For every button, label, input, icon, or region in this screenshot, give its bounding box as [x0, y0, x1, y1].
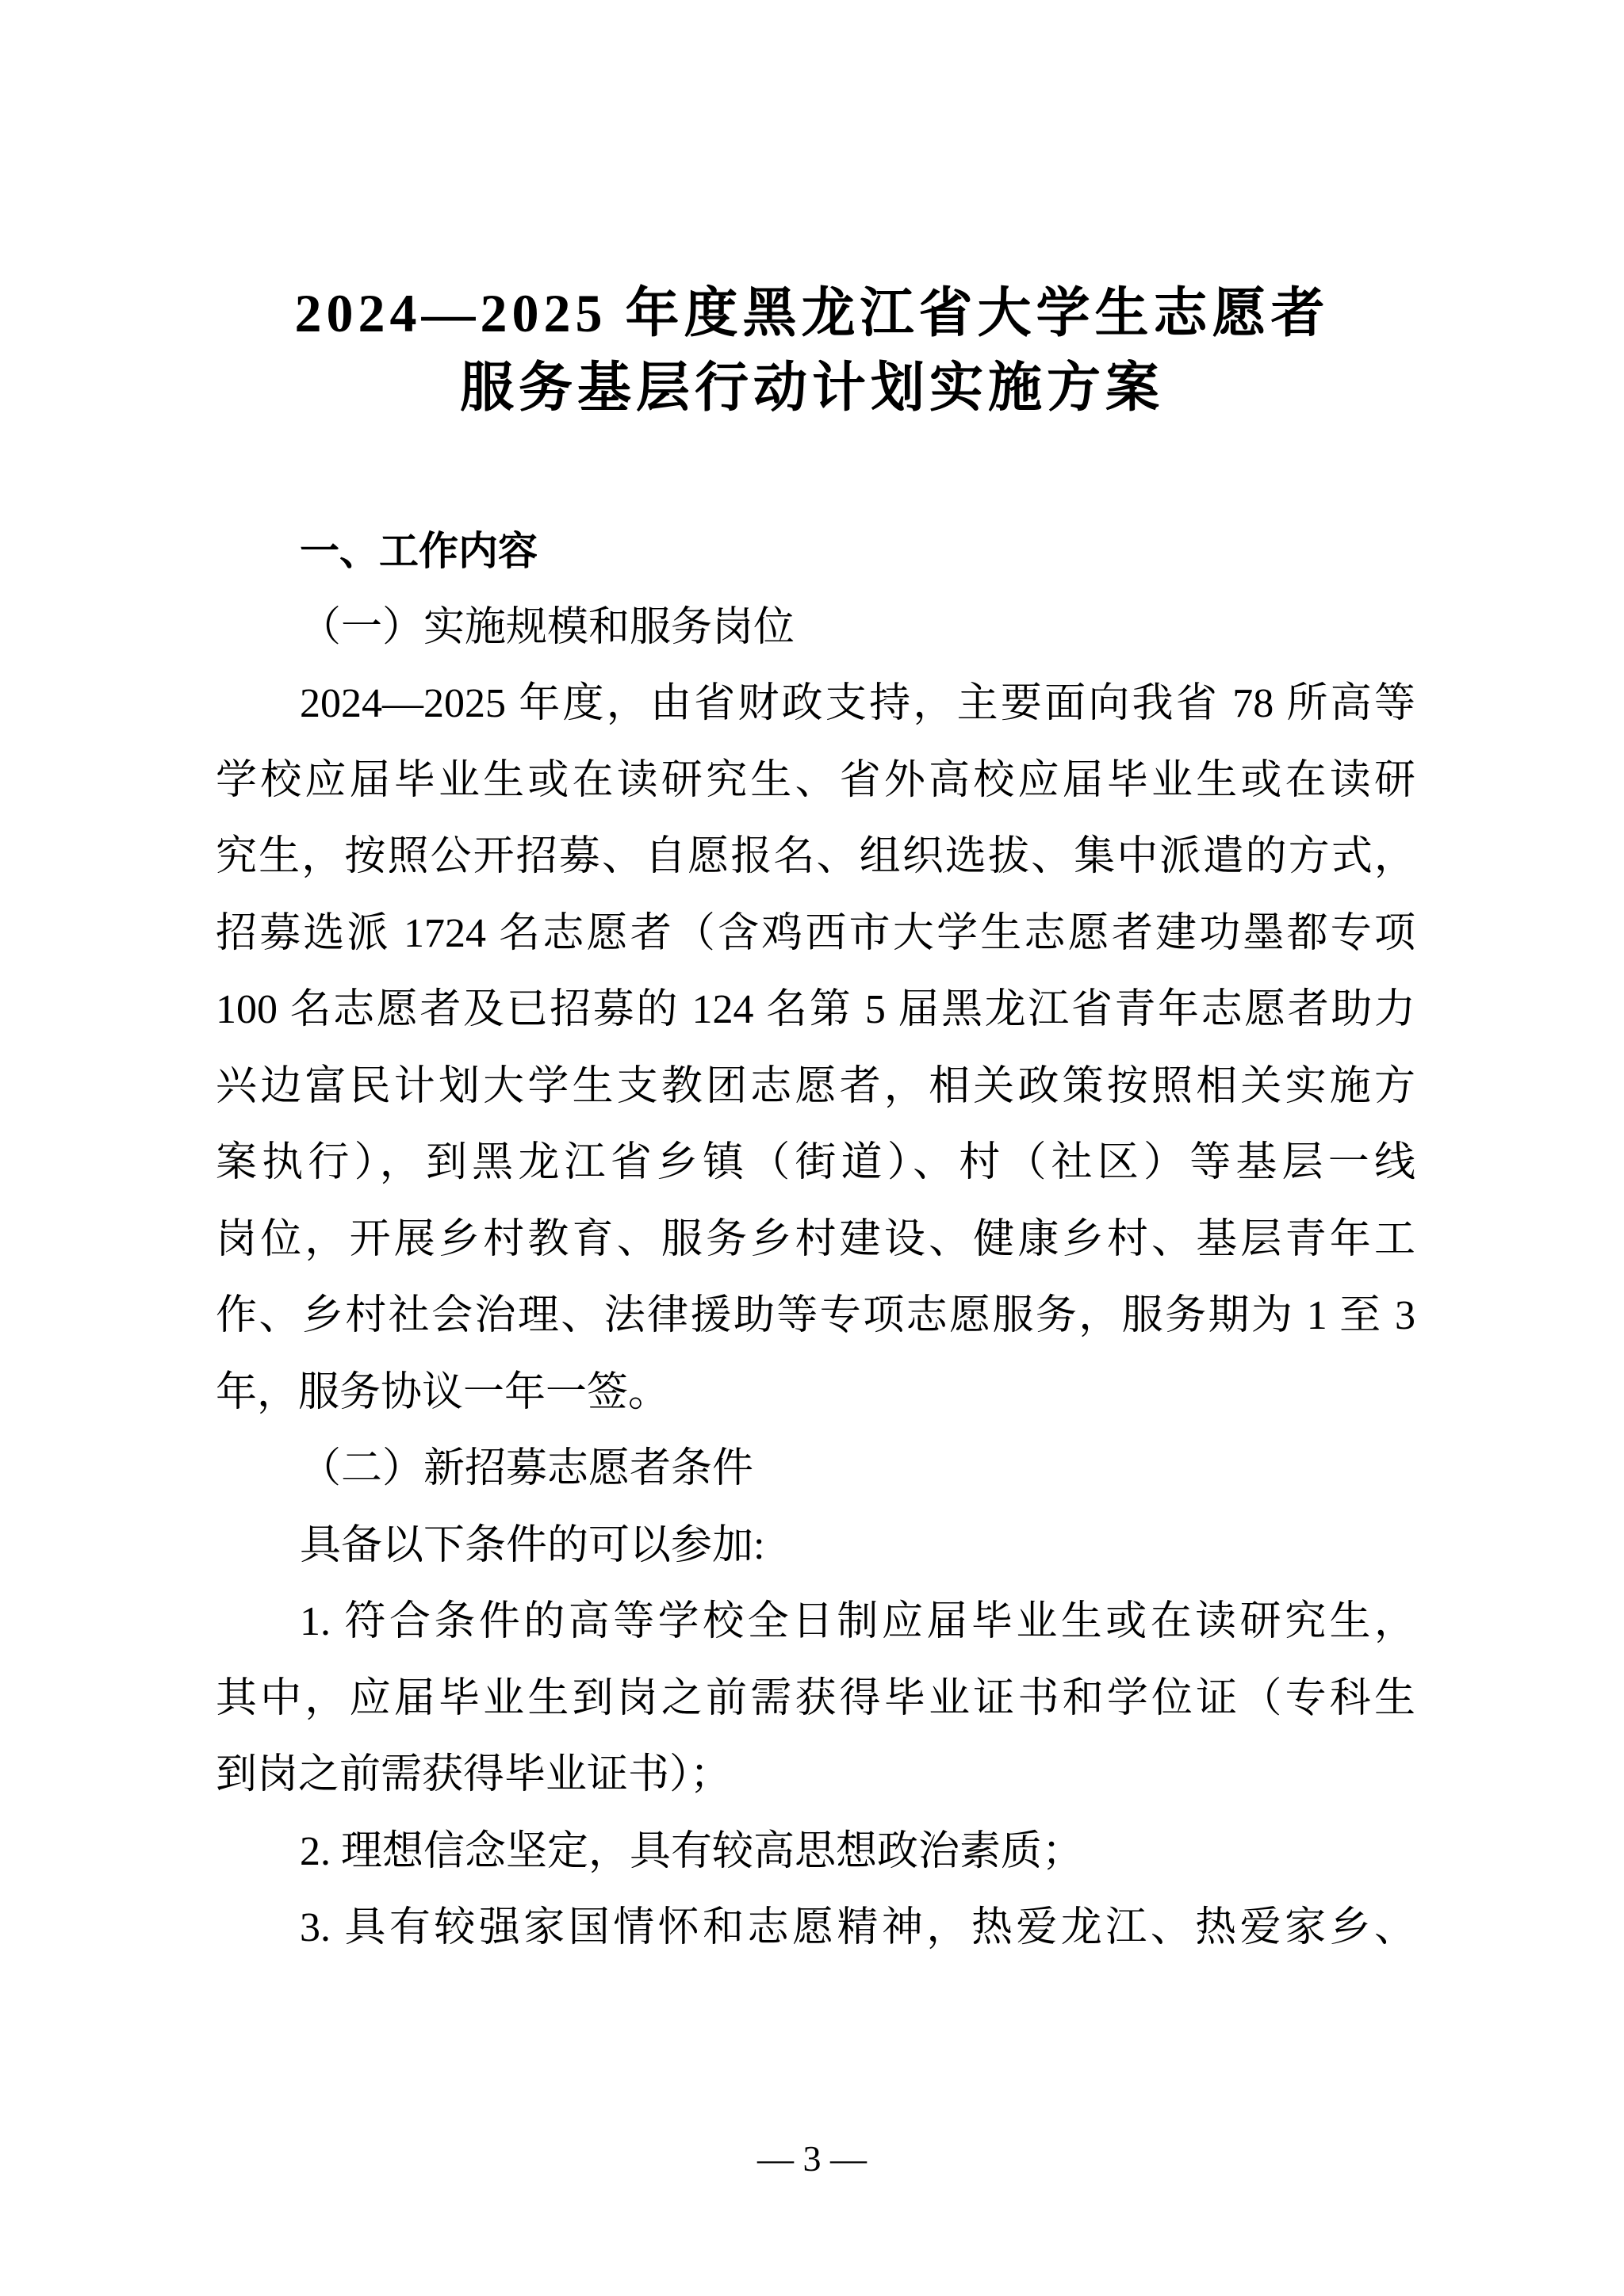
paragraph-1-line: 作、乡村社会治理、法律援助等专项志愿服务，服务期为 1 至 3 [216, 1278, 1415, 1355]
list-item-3-line: 3. 具有较强家国情怀和志愿精神，热爱龙江、热爱家乡、 [216, 1890, 1415, 1967]
paragraph-1-line: 2024—2025 年度，由省财政支持，主要面向我省 78 所高等 [216, 666, 1415, 743]
paragraph-1-line: 岗位，开展乡村教育、服务乡村建设、健康乡村、基层青年工 [216, 1202, 1415, 1279]
list-item-1-line: 1. 符合条件的高等学校全日制应届毕业生或在读研究生， [216, 1584, 1415, 1661]
paragraph-1-line: 学校应届毕业生或在读研究生、省外高校应届毕业生或在读研 [216, 743, 1415, 820]
subsection-heading-2: （二）新招募志愿者条件 [216, 1431, 1415, 1508]
document-title-line-1: 2024—2025 年度黑龙江省大学生志愿者 [0, 276, 1624, 350]
document-title-line-2: 服务基层行动计划实施方案 [0, 350, 1624, 425]
list-item-1-line: 到岗之前需获得毕业证书）； [216, 1737, 1415, 1814]
list-item-2-line: 2. 理想信念坚定，具有较高思想政治素质； [216, 1814, 1415, 1891]
paragraph-1-line: 兴边富民计划大学生支教团志愿者，相关政策按照相关实施方 [216, 1049, 1415, 1126]
page-number: — 3 — [0, 2139, 1624, 2179]
document-page: 2024—2025 年度黑龙江省大学生志愿者 服务基层行动计划实施方案 一、工作… [0, 0, 1624, 2296]
paragraph-1-line: 年，服务协议一年一签。 [216, 1355, 1415, 1432]
paragraph-1-line: 究生，按照公开招募、自愿报名、组织选拔、集中派遣的方式， [216, 819, 1415, 896]
paragraph-1-line: 100 名志愿者及已招募的 124 名第 5 届黑龙江省青年志愿者助力 [216, 972, 1415, 1049]
subsection-heading-1: （一）实施规模和服务岗位 [216, 590, 1415, 667]
section-heading-1: 一、工作内容 [216, 513, 1415, 590]
document-title: 2024—2025 年度黑龙江省大学生志愿者 服务基层行动计划实施方案 [0, 276, 1624, 425]
document-body: 一、工作内容 （一）实施规模和服务岗位 2024—2025 年度，由省财政支持，… [216, 513, 1415, 1967]
list-item-1-line: 其中，应届毕业生到岗之前需获得毕业证书和学位证（专科生 [216, 1661, 1415, 1738]
lead-in-line: 具备以下条件的可以参加: [216, 1508, 1415, 1585]
paragraph-1-line: 招募选派 1724 名志愿者（含鸡西市大学生志愿者建功墨都专项 [216, 896, 1415, 973]
paragraph-1-line: 案执行），到黑龙江省乡镇（街道）、村（社区）等基层一线 [216, 1125, 1415, 1202]
